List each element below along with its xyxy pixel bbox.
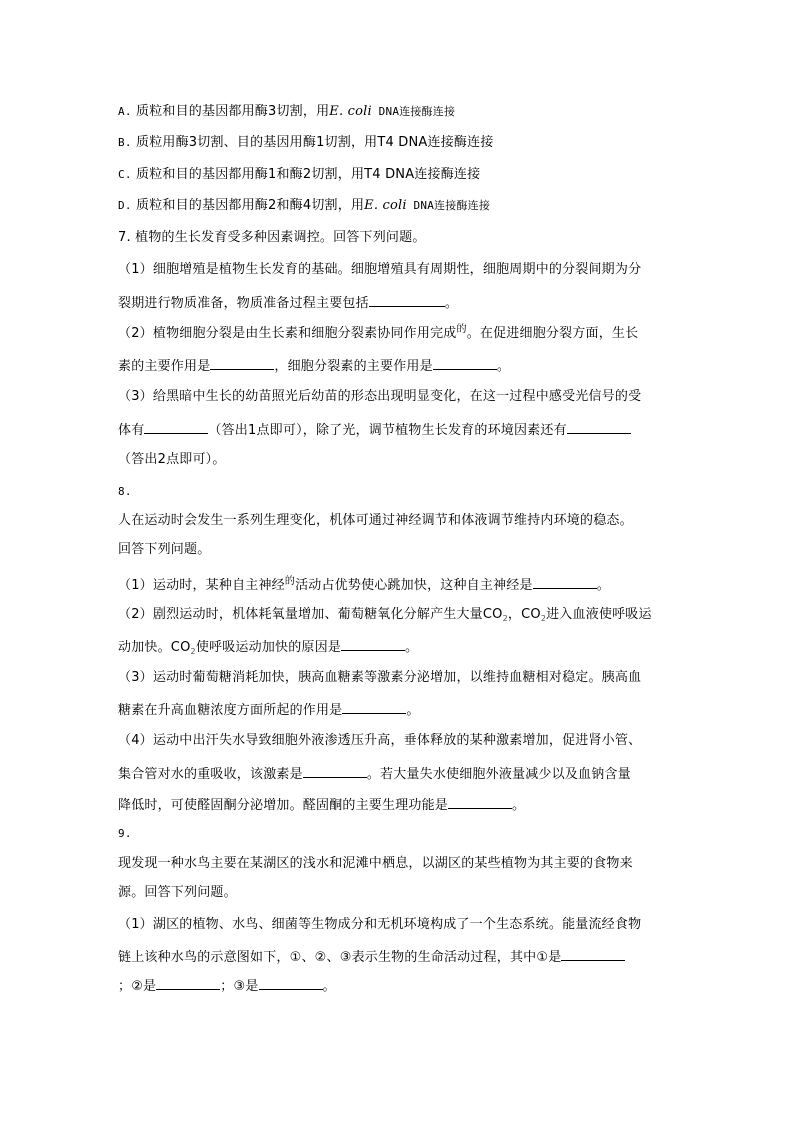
q8-p4-line2: 集合管对水的重吸收，该激素是。若大量失水使细胞外液量减少以及血钠含量 <box>118 765 631 783</box>
subscript: 2 <box>191 647 196 656</box>
q8-p2-line1: （2）剧烈运动时，机体耗氧量增加、葡萄糖氧化分解产生大量CO2，CO2进入血液使… <box>118 607 652 624</box>
text: 链上该种水鸟的示意图如下，①、②、③表示生物的生命活动过程，其中①是 <box>118 950 561 965</box>
text: （2）植物细胞分裂是由生长素和细胞分裂素协同作用完成 <box>118 326 456 341</box>
q7-p1-line1: （1）细胞增殖是植物生长发育的基础。细胞增殖具有周期性，细胞周期中的分裂间期为分 <box>118 262 641 278</box>
text: ，CO <box>508 607 541 622</box>
text: 使呼吸运动加快的原因是 <box>196 640 341 655</box>
answer-blank[interactable] <box>259 977 323 990</box>
q9-stem-line1: 现发现一种水鸟主要在某湖区的浅水和泥滩中栖息，以湖区的某些植物为其主要的食物来 <box>118 856 633 872</box>
q9-p1-line2: 链上该种水鸟的示意图如下，①、②、③表示生物的生命活动过程，其中①是 <box>118 948 625 966</box>
subscript: 2 <box>503 614 508 623</box>
text: ；③是 <box>220 979 258 994</box>
q8-p3-line1: （3）运动时葡萄糖消耗加快，胰高血糖素等激素分泌增加，以维持血糖相对稳定。胰高血 <box>118 670 641 686</box>
italic-species: E. coli <box>329 104 372 119</box>
q7-p2-line1: （2）植物细胞分裂是由生长素和细胞分裂素协同作用完成的。在促进细胞分裂方面，生长 <box>118 326 638 343</box>
subscript: 2 <box>541 614 546 623</box>
option-letter: B. <box>118 136 132 149</box>
text: ，细胞分裂素的主要作用是 <box>274 359 432 374</box>
option-letter: D. <box>118 199 132 212</box>
text: 。 <box>512 798 525 813</box>
option-text: 质粒和目的基因都用酶1和酶2切割，用T4 DNA连接酶连接 <box>136 167 480 182</box>
text: （1）运动时，某种自主神经 <box>118 578 285 593</box>
text: 。 <box>406 703 419 718</box>
document-page: A. 质粒和目的基因都用酶3切割，用E. coli DNA连接酶连接 B. 质粒… <box>0 0 794 1123</box>
q8-p3-line2: 糖素在升高血糖浓度方面所起的作用是。 <box>118 701 420 719</box>
text: 素的主要作用是 <box>118 359 210 374</box>
answer-blank[interactable] <box>210 357 274 370</box>
answer-blank[interactable] <box>342 701 406 714</box>
answer-blank[interactable] <box>533 576 597 589</box>
option-text-tail: DNA连接酶连接 <box>407 199 490 212</box>
option-c: C. 质粒和目的基因都用酶1和酶2切割，用T4 DNA连接酶连接 <box>118 167 480 183</box>
q7-p3-line3: （答出2点即可）。 <box>118 452 226 468</box>
q7-stem: 7. 植物的生长发育受多种因素调控。回答下列问题。 <box>118 230 426 246</box>
answer-blank[interactable] <box>144 421 208 434</box>
superscript-char: 的 <box>456 324 466 335</box>
option-letter: C. <box>118 168 132 181</box>
text: （答出1点即可），除了光，调节植物生长发育的环境因素还有 <box>208 423 566 438</box>
answer-blank[interactable] <box>561 948 625 961</box>
q9-p1-line1: （1）湖区的植物、水鸟、细菌等生物成分和无机环境构成了一个生态系统。能量流经食物 <box>118 917 641 933</box>
q8-p2-line2: 动加快。CO2使呼吸运动加快的原因是。 <box>118 638 418 657</box>
answer-blank[interactable] <box>369 294 445 307</box>
text: 进入血液使呼吸运 <box>546 607 652 622</box>
answer-blank[interactable] <box>448 796 512 809</box>
text: ；②是 <box>118 979 156 994</box>
q8-number: 8. <box>118 484 132 500</box>
option-text: 质粒和目的基因都用酶3切割，用 <box>136 104 329 119</box>
q8-stem-line2: 回答下列问题。 <box>118 542 210 558</box>
text: 。 <box>497 359 510 374</box>
option-text: 质粒用酶3切割、目的基因用酶1切割，用T4 DNA连接酶连接 <box>136 135 494 150</box>
option-a: A. 质粒和目的基因都用酶3切割，用E. coli DNA连接酶连接 <box>118 104 455 120</box>
text: 。 <box>405 640 418 655</box>
superscript-char: 的 <box>285 576 295 587</box>
option-text-tail: DNA连接酶连接 <box>372 105 455 118</box>
answer-blank[interactable] <box>303 765 367 778</box>
q8-p4-line3: 降低时，可使醛固酮分泌增加。醛固酮的主要生理功能是。 <box>118 796 525 814</box>
answer-blank[interactable] <box>567 421 631 434</box>
text: 。若大量失水使细胞外液量减少以及血钠含量 <box>367 767 631 782</box>
text: 。 <box>597 578 610 593</box>
text: 体有 <box>118 423 144 438</box>
option-letter: A. <box>118 105 132 118</box>
option-text: 质粒和目的基因都用酶2和酶4切割，用 <box>136 198 364 213</box>
q7-p3-line2: 体有（答出1点即可），除了光，调节植物生长发育的环境因素还有 <box>118 421 631 439</box>
italic-species: E. coli <box>364 198 407 213</box>
q8-p4-line1: （4）运动中出汗失水导致细胞外液渗透压升高，垂体释放的某种激素增加，促进肾小管、 <box>118 733 641 749</box>
option-d: D. 质粒和目的基因都用酶2和酶4切割，用E. coli DNA连接酶连接 <box>118 198 490 214</box>
answer-blank[interactable] <box>433 357 497 370</box>
text: （2）剧烈运动时，机体耗氧量增加、葡萄糖氧化分解产生大量CO <box>118 607 503 622</box>
q7-p3-line1: （3）给黑暗中生长的幼苗照光后幼苗的形态出现明显变化，在这一过程中感受光信号的受 <box>118 389 641 405</box>
text: 。 <box>323 979 336 994</box>
answer-blank[interactable] <box>156 977 220 990</box>
text: 。在促进细胞分裂方面，生长 <box>467 326 639 341</box>
text: 降低时，可使醛固酮分泌增加。醛固酮的主要生理功能是 <box>118 798 448 813</box>
q7-p2-line2: 素的主要作用是，细胞分裂素的主要作用是。 <box>118 357 510 375</box>
q9-number: 9. <box>118 826 132 842</box>
text: 。 <box>445 296 458 311</box>
q9-stem-line2: 源。回答下列问题。 <box>118 885 237 901</box>
text: 动加快。CO <box>118 640 191 655</box>
q9-p1-line3: ；②是；③是。 <box>118 977 336 995</box>
text: 糖素在升高血糖浓度方面所起的作用是 <box>118 703 342 718</box>
text: 集合管对水的重吸收，该激素是 <box>118 767 303 782</box>
answer-blank[interactable] <box>341 638 405 651</box>
q7-p1-line2: 裂期进行物质准备，物质准备过程主要包括。 <box>118 294 458 312</box>
text: 活动占优势使心跳加快，这种自主神经是 <box>295 578 533 593</box>
q8-stem-line1: 人在运动时会发生一系列生理变化，机体可通过神经调节和体液调节维持内环境的稳态。 <box>118 513 633 529</box>
q8-p1: （1）运动时，某种自主神经的活动占优势使心跳加快，这种自主神经是。 <box>118 576 610 595</box>
option-b: B. 质粒用酶3切割、目的基因用酶1切割，用T4 DNA连接酶连接 <box>118 135 494 151</box>
text: 裂期进行物质准备，物质准备过程主要包括 <box>118 296 369 311</box>
